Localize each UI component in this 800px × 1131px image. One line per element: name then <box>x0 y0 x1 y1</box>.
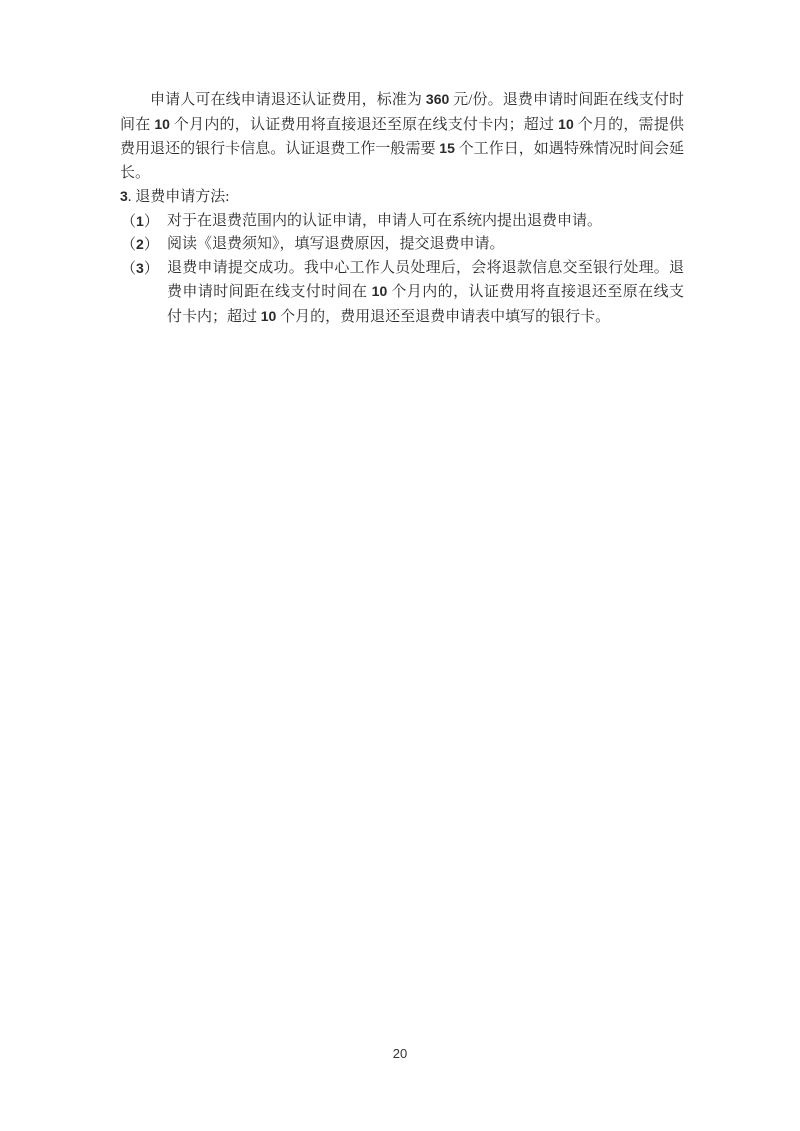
numeral: 1 <box>136 213 144 229</box>
list-item: （2） 阅读《退费须知》，填写退费原因，提交退费申请。 <box>120 233 684 257</box>
list-item-marker: （3） <box>121 257 159 282</box>
numeral: 10 <box>154 116 170 132</box>
numeral: 15 <box>439 140 455 156</box>
list-item: （1） 对于在退费范围内的认证申请，申请人可在系统内提出退费申请。 <box>120 210 684 234</box>
refund-steps-list: （1） 对于在退费范围内的认证申请，申请人可在系统内提出退费申请。 （2） 阅读… <box>120 210 684 330</box>
page-content: 申请人可在线申请退还认证费用，标准为 360 元/份。退费申请时间距在线支付时间… <box>120 88 684 329</box>
numeral: 10 <box>261 308 277 324</box>
list-item-marker: （2） <box>121 233 159 258</box>
list-item-text: 退费申请提交成功。我中心工作人员处理后，会将退款信息交至银行处理。退费申请时间距… <box>167 260 684 325</box>
list-item-text: 对于在退费范围内的认证申请，申请人可在系统内提出退费申请。 <box>167 213 602 229</box>
numeral: 3 <box>120 188 128 204</box>
numeral: 3 <box>136 260 144 276</box>
numeral: 10 <box>372 283 388 299</box>
paragraph-refund-fee: 申请人可在线申请退还认证费用，标准为 360 元/份。退费申请时间距在线支付时间… <box>120 88 684 185</box>
page-number: 20 <box>0 1046 800 1061</box>
list-item-text: 阅读《退费须知》，填写退费原因，提交退费申请。 <box>167 236 505 252</box>
document-page: 申请人可在线申请退还认证费用，标准为 360 元/份。退费申请时间距在线支付时间… <box>0 0 800 1131</box>
list-item: （3） 退费申请提交成功。我中心工作人员处理后，会将退款信息交至银行处理。退费申… <box>120 257 684 330</box>
numeral: 360 <box>426 91 449 107</box>
section-heading-refund-method: 3. 退费申请方法: <box>120 185 684 210</box>
numeral: 2 <box>136 236 144 252</box>
numeral: 10 <box>558 116 574 132</box>
list-item-marker: （1） <box>121 210 159 235</box>
